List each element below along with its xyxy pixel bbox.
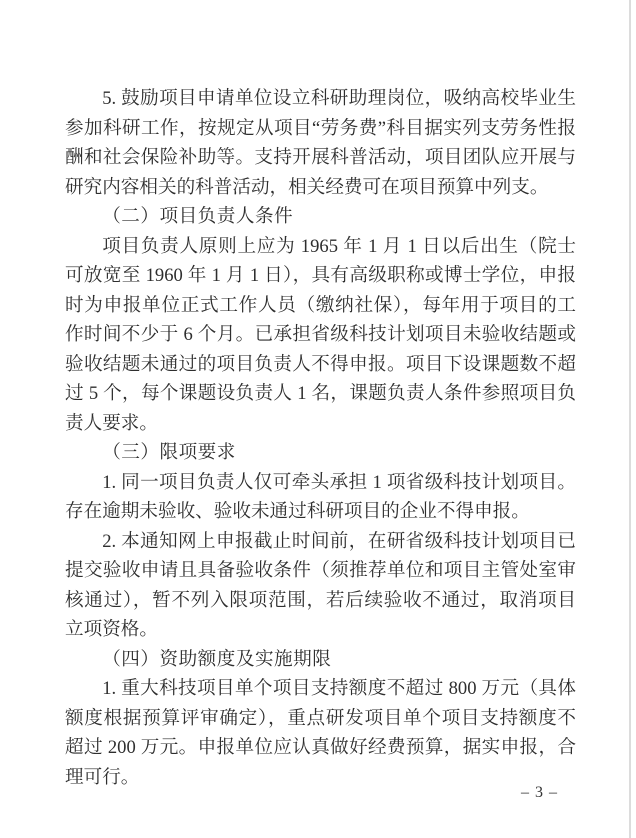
scan-edge-line xyxy=(629,0,631,838)
section-heading: （四）资助额度及实施期限 xyxy=(65,645,576,675)
document-body: 5. 鼓励项目申请单位设立科研助理岗位，吸纳高校毕业生参加科研工作，按规定从项目… xyxy=(65,84,576,792)
paragraph: 1. 重大科技项目单个项目支持额度不超过 800 万元（具体额度根据预算评审确定… xyxy=(65,674,576,792)
section-heading: （三）限项要求 xyxy=(65,438,576,468)
paragraph: 5. 鼓励项目申请单位设立科研助理岗位，吸纳高校毕业生参加科研工作，按规定从项目… xyxy=(65,84,576,202)
paragraph: 2. 本通知网上申报截止时间前，在研省级科技计划项目已提交验收申请且具备验收条件… xyxy=(65,527,576,645)
page-number: – 3 – xyxy=(0,784,558,802)
paragraph: 1. 同一项目负责人仅可牵头承担 1 项省级科技计划项目。存在逾期未验收、验收未… xyxy=(65,468,576,527)
paragraph: 项目负责人原则上应为 1965 年 1 月 1 日以后出生（院士可放宽至 196… xyxy=(65,232,576,439)
section-heading: （二）项目负责人条件 xyxy=(65,202,576,232)
document-page: 5. 鼓励项目申请单位设立科研助理岗位，吸纳高校毕业生参加科研工作，按规定从项目… xyxy=(0,0,636,838)
